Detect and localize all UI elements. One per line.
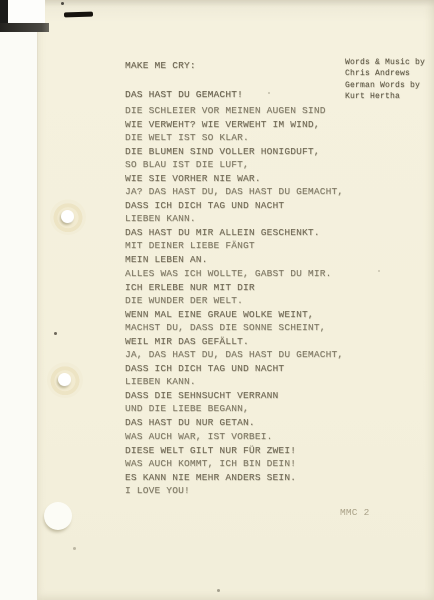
lyric-line: DIESE WELT GILT NUR FÜR ZWEI! (125, 444, 296, 458)
lyric-line: MIT DEINER LIEBE FÄNGT (125, 239, 343, 253)
lyric-line: DIE WELT IST SO KLAR. (125, 131, 343, 145)
lyric-line: ES KANN NIE MEHR ANDERS SEIN. (125, 471, 296, 485)
lyric-line: ALLES WAS ICH WOLLTE, GABST DU MIR. (125, 267, 343, 281)
lyric-line: SO BLAU IST DIE LUFT, (125, 158, 343, 172)
paper-speck (268, 92, 270, 94)
credit-line: Chris Andrews (345, 68, 425, 79)
punch-hole-top (50, 199, 86, 235)
credits-block: Words & Music byChris AndrewsGerman Word… (345, 57, 425, 102)
paper-speck (217, 589, 220, 592)
lyric-line: JA? DAS HAST DU, DAS HAST DU GEMACHT, (125, 185, 343, 199)
lyric-line: DIE WUNDER DER WELT. (125, 294, 343, 308)
punch-hole-middle (47, 362, 83, 398)
page-mark: MMC 2 (340, 507, 370, 518)
lyric-line: ICH ERLEBE NUR MIT DIR (125, 281, 343, 295)
lyric-line: DASS DIE SEHNSUCHT VERRANN (125, 389, 343, 403)
lyric-line: DAS HAST DU MIR ALLEIN GESCHENKT. (125, 226, 343, 240)
lyric-line: WAS AUCH WAR, IST VORBEI. (125, 430, 296, 444)
lyric-line: DIE BLUMEN SIND VOLLER HONIGDUFT, (125, 145, 343, 159)
punch-hole-bottom (44, 502, 72, 530)
paper-speck (378, 270, 380, 272)
lyric-line: DASS ICH DICH TAG UND NACHT (125, 199, 343, 213)
corner-white-patch (8, 0, 45, 23)
corner-ink-dash (64, 12, 93, 18)
lyric-line: MEIN LEBEN AN. (125, 253, 343, 267)
lyric-line: LIEBEN KANN. (125, 375, 343, 389)
lyric-line: I LOVE YOU! (125, 484, 296, 498)
corner-dark-bar (0, 23, 49, 32)
lyric-line: WAS AUCH KOMMT, ICH BIN DEIN! (125, 457, 296, 471)
lyric-line: UND DIE LIEBE BEGANN, (125, 402, 343, 416)
lyric-line: MACHST DU, DASS DIE SONNE SCHEINT, (125, 321, 343, 335)
song-reference-label: MAKE ME CRY: (125, 60, 196, 71)
song-title: DAS HAST DU GEMACHT! (125, 89, 243, 100)
credit-line: German Words by (345, 80, 425, 91)
lyrics-stanza-2: ALLES WAS ICH WOLLTE, GABST DU MIR.ICH E… (125, 267, 343, 429)
paper-speck (61, 2, 64, 5)
lyric-line: WIE VERWEHT? WIE VERWEHT IM WIND, (125, 118, 343, 132)
lyric-line: DIE SCHLEIER VOR MEINEN AUGEN SIND (125, 104, 343, 118)
lyrics-stanza-1: DIE SCHLEIER VOR MEINEN AUGEN SINDWIE VE… (125, 104, 343, 266)
scanned-lyric-sheet: MAKE ME CRY: Words & Music byChris Andre… (0, 0, 434, 600)
lyrics-stanza-3: WAS AUCH WAR, IST VORBEI.DIESE WELT GILT… (125, 430, 296, 498)
lyric-line: DASS ICH DICH TAG UND NACHT (125, 362, 343, 376)
paper-speck (73, 547, 76, 550)
credit-line: Words & Music by (345, 57, 425, 68)
credit-line: Kurt Hertha (345, 91, 425, 102)
lyric-line: WENN MAL EINE GRAUE WOLKE WEINT, (125, 308, 343, 322)
lyric-line: WEIL MIR DAS GEFÄLLT. (125, 335, 343, 349)
lyric-line: JA, DAS HAST DU, DAS HAST DU GEMACHT, (125, 348, 343, 362)
lyric-line: WIE SIE VORHER NIE WAR. (125, 172, 343, 186)
lyric-line: DAS HAST DU NUR GETAN. (125, 416, 343, 430)
paper-speck (54, 332, 57, 335)
lyric-line: LIEBEN KANN. (125, 212, 343, 226)
